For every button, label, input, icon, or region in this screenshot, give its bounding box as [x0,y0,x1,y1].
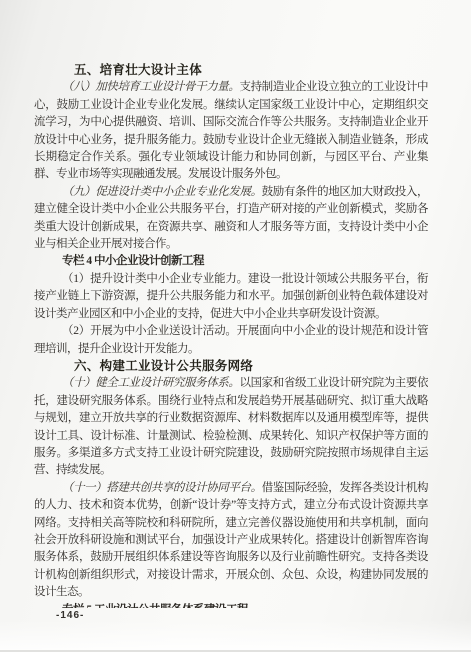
paragraph-10: （十）健全工业设计研究服务体系。以国家和省级工业设计研究院为主要依托，建设研究服… [34,375,428,479]
paragraph-8: （八）加快培育工业设计骨干力量。支持制造业企业设立独立的工业设计中心，鼓励工业设… [34,79,428,183]
box-4-item-2: （2）开展为中小企业送设计活动。开展面向中小企业的设计规范和设计管理培训，提升企… [34,323,428,358]
paragraph-11-lead: （十一）搭建共创共享的设计协同平台。 [62,482,262,494]
paragraph-10-lead: （十）健全工业设计研究服务体系。 [62,377,240,389]
section-heading-6: 六、构建工业设计公共服务网络 [34,358,428,375]
paragraph-10-body: 以国家和省级工业设计研究院为主要依托，建设研究服务体系。围绕行业特点和发展趋势开… [34,377,428,476]
paragraph-11: （十一）搭建共创共享的设计协同平台。借鉴国际经验，发挥各类设计机构的人力、技术和… [34,480,428,602]
paragraph-11-body: 借鉴国际经验，发挥各类设计机构的人力、技术和资本优势，创新“设计券”等支持方式，… [34,482,428,598]
document-page: 五、培育壮大设计主体 （八）加快培育工业设计骨干力量。支持制造业企业设立独立的工… [0,0,471,652]
box-4-item-1: （1）提升设计类中小企业专业能力。建设一批设计领域公共服务平台，衔接产业链上下游… [34,271,428,323]
paragraph-9: （九）促进设计类中小企业专业化发展。鼓励有条件的地区加大财政投入，建立健全设计类… [34,184,428,254]
paragraph-9-lead: （九）促进设计类中小企业专业化发展。 [62,186,262,198]
section-heading-5: 五、培育壮大设计主体 [34,62,428,79]
paragraph-8-body: 支持制造业企业设立独立的工业设计中心，鼓励工业设计企业专业化发展。继续认定国家级… [34,81,428,180]
box-5-title: 专栏 5 工业设计公共服务体系建设工程 [34,602,428,608]
page-content: 五、培育壮大设计主体 （八）加快培育工业设计骨干力量。支持制造业企业设立独立的工… [34,62,428,608]
page-number: -146- [56,610,84,621]
box-4-title: 专栏 4 中小企业设计创新工程 [34,253,428,270]
paragraph-8-lead: （八）加快培育工业设计骨干力量。 [62,81,240,93]
